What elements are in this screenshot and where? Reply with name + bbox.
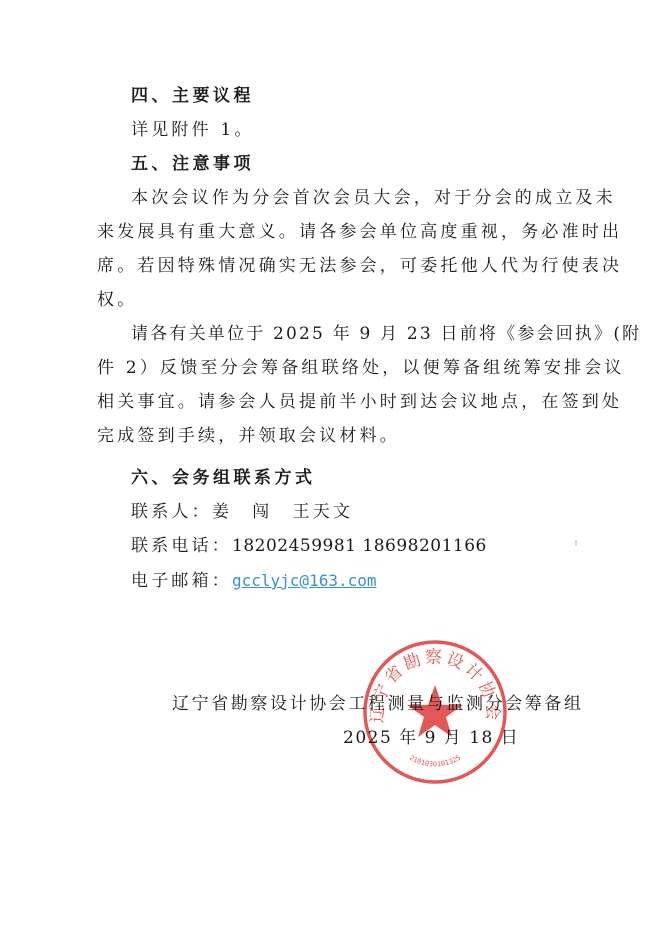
phone-label: 联系电话： [131,536,232,556]
paragraph-line: 件 2）反馈至分会筹备组联络处，以便筹备组统筹安排会议 [97,357,625,379]
section-4-heading: 四、主要议程 [131,85,254,107]
phone-numbers: 18202459981 18698201166 [232,536,487,556]
signature-date: 2025 年 9 月 18 日 [343,727,519,749]
svg-text:2101030101325: 2101030101325 [408,754,462,769]
email-label: 电子邮箱： [131,571,232,591]
paragraph-line: 本次会议作为分会首次会员大会，对于分会的成立及未 [131,187,616,209]
section-6-heading: 六、会务组联系方式 [131,467,316,489]
scan-artifact [575,540,577,546]
paragraph-line: 来发展具有重大意义。请各参会单位高度重视，务必准时出 [97,221,622,243]
signature-organization: 辽宁省勘察设计协会工程测量与监测分会筹备组 [172,693,584,715]
paragraph-line: 相关事宜。请参会人员提前半小时到达会议地点，在签到处 [97,391,622,413]
contact-names: 姜 闯 王天文 [212,502,353,522]
email-link[interactable]: gcclyjc@163.com [232,571,377,590]
contact-person-row: 联系人：姜 闯 王天文 [131,501,353,523]
paragraph-line: 请各有关单位于 2025 年 9 月 23 日前将《参会回执》(附 [131,323,641,345]
paragraph-line: 完成签到手续，并领取会议材料。 [97,425,400,447]
email-row: 电子邮箱：gcclyjc@163.com [131,570,377,592]
paragraph-line: 权。 [97,289,137,311]
phone-row: 联系电话：18202459981 18698201166 [131,535,487,557]
contact-label: 联系人： [131,502,212,522]
section-4-body: 详见附件 1。 [131,119,255,141]
section-5-heading: 五、注意事项 [131,153,254,175]
paragraph-line: 席。若因特殊情况确实无法参会，可委托他人代为行使表决 [97,255,622,277]
